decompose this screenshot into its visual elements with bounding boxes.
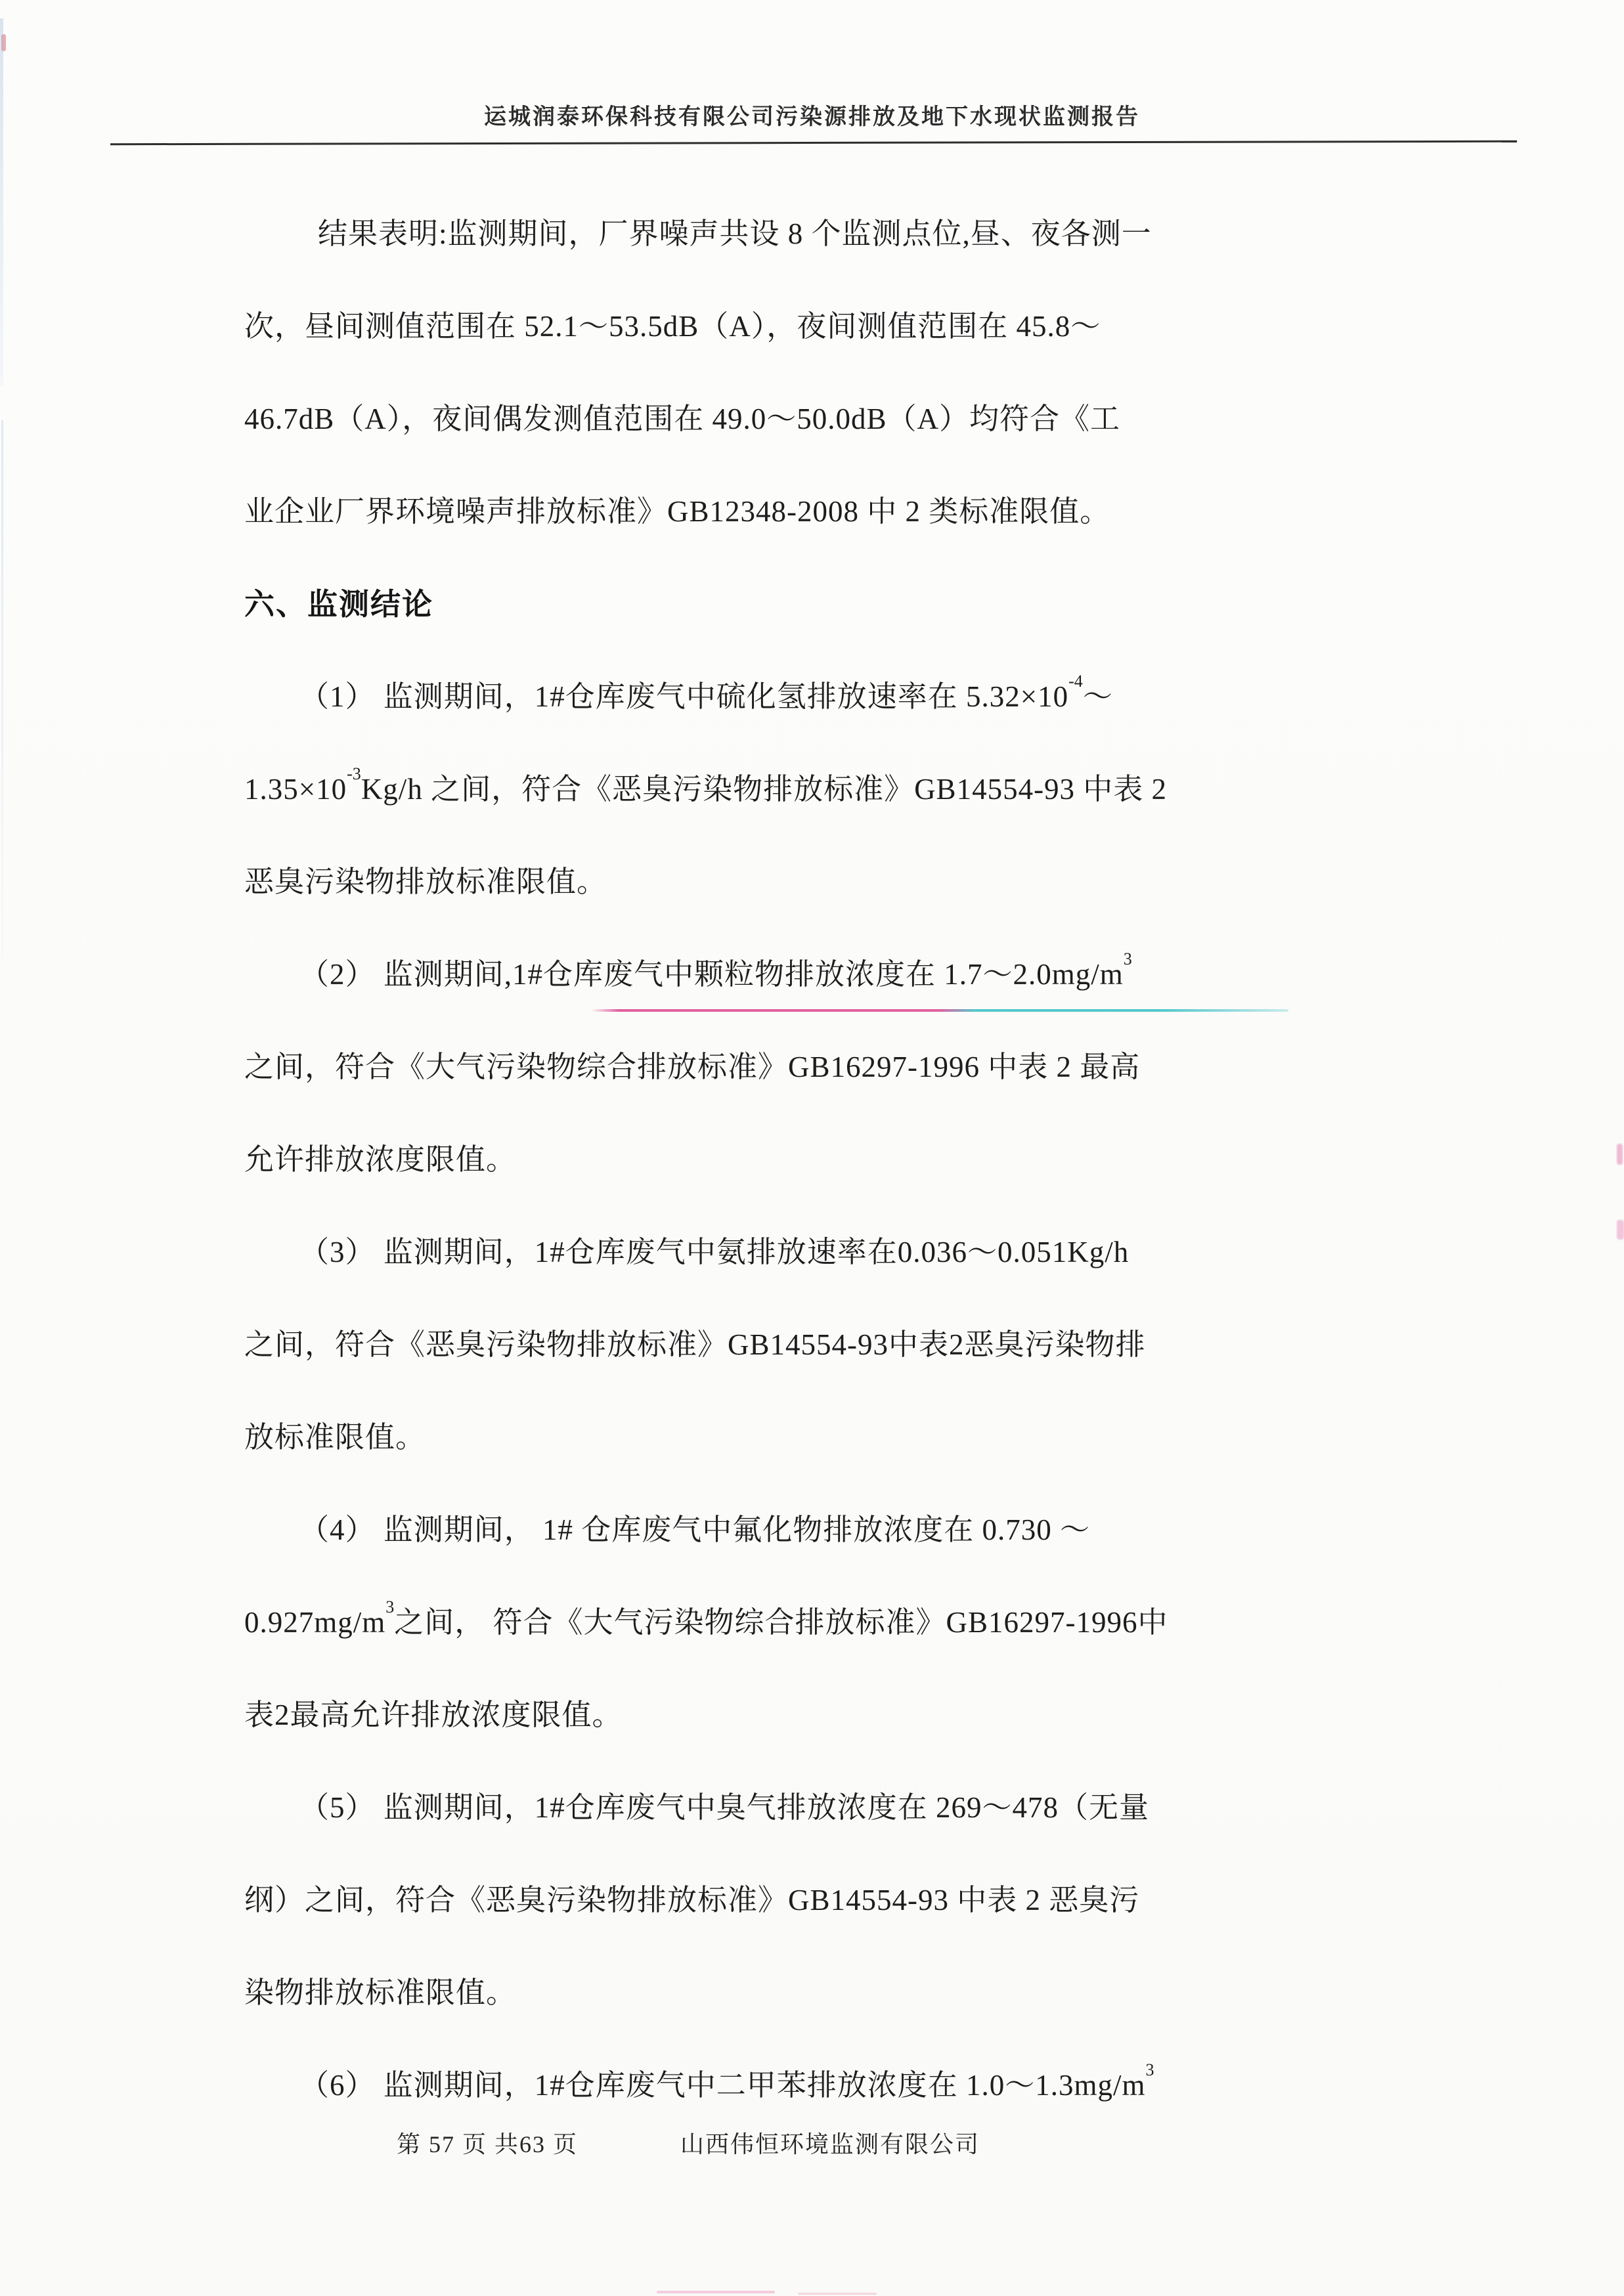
- body-line: 放标准限值。: [244, 1391, 1400, 1484]
- line-text: 表2最高允许排放浓度限值。: [244, 1699, 623, 1731]
- line-text: （5） 监测期间，1#仓库废气中臭气排放浓度在 269～478（无量: [299, 1791, 1149, 1824]
- body-line: 染物排放标准限值。: [244, 1947, 1400, 2039]
- line-text: （1） 监测期间，1#仓库废气中硫化氢排放速率在 5.32×10: [299, 680, 1068, 713]
- line-text: 之间，符合《大气污染物综合排放标准》GB16297-1996 中表 2 最高: [244, 1051, 1140, 1083]
- scan-artifact-right-edge-2: [1617, 1220, 1624, 1240]
- body-line-conclusion-1: （1） 监测期间，1#仓库废气中硫化氢排放速率在 5.32×10-4～: [244, 651, 1400, 743]
- superscript-exponent: -4: [1068, 672, 1083, 691]
- line-text: 46.7dB（A），夜间偶发测值范围在 49.0～50.0dB（A）均符合《工: [244, 402, 1120, 435]
- scan-artifact-bottom-edge: [657, 2291, 775, 2293]
- page-footer: 第 57 页 共63 页 山西伟恒环境监测有限公司: [0, 2126, 1624, 2165]
- header-rule: [110, 141, 1517, 145]
- footer-page-number: 第 57 页 共63 页: [397, 2126, 578, 2159]
- scan-artifact-bottom-edge-2: [798, 2293, 877, 2295]
- body-line: 次，昼间测值范围在 52.1～53.5dB（A），夜间测值范围在 45.8～: [244, 280, 1400, 373]
- line-text: 次，昼间测值范围在 52.1～53.5dB（A），夜间测值范围在 45.8～: [244, 310, 1101, 343]
- scanned-report-page: 运城润泰环保科技有限公司污染源排放及地下水现状监测报告 结果表明:监测期间，厂界…: [0, 0, 1624, 2296]
- superscript-exponent: 3: [1146, 2060, 1154, 2079]
- highlighter-underline-mark: [591, 1009, 1288, 1012]
- line-text: Kg/h 之间，符合《恶臭污染物排放标准》GB14554-93 中表 2: [361, 773, 1167, 806]
- body-line-conclusion-4: （4） 监测期间， 1# 仓库废气中氟化物排放浓度在 0.730 ～: [244, 1484, 1400, 1576]
- scan-artifact-left-edge-2: [1, 420, 3, 959]
- line-text: 0.927mg/m: [244, 1606, 385, 1639]
- body-line-conclusion-3: （3） 监测期间，1#仓库废气中氨排放速率在0.036～0.051Kg/h: [244, 1206, 1400, 1299]
- superscript-exponent: -3: [347, 764, 361, 783]
- line-text: 放标准限值。: [244, 1421, 426, 1454]
- body-line: 46.7dB（A），夜间偶发测值范围在 49.0～50.0dB（A）均符合《工: [244, 373, 1400, 466]
- line-text: （2） 监测期间,1#仓库废气中颗粒物排放浓度在 1.7～2.0mg/m: [299, 958, 1124, 991]
- section-heading: 六、监测结论: [244, 558, 1400, 651]
- line-text: 恶臭污染物排放标准限值。: [244, 865, 607, 898]
- line-text: 结果表明:监测期间，厂界噪声共设 8 个监测点位,昼、夜各测一: [318, 217, 1152, 250]
- body-line-conclusion-2: （2） 监测期间,1#仓库废气中颗粒物排放浓度在 1.7～2.0mg/m3: [244, 928, 1400, 1021]
- body-line: 结果表明:监测期间，厂界噪声共设 8 个监测点位,昼、夜各测一: [244, 188, 1400, 280]
- line-text: （3） 监测期间，1#仓库废气中氨排放速率在0.036～0.051Kg/h: [299, 1236, 1129, 1268]
- body-line: 之间，符合《大气污染物综合排放标准》GB16297-1996 中表 2 最高: [244, 1021, 1400, 1114]
- line-text: 染物排放标准限值。: [244, 1976, 516, 2009]
- body-text-block: 结果表明:监测期间，厂界噪声共设 8 个监测点位,昼、夜各测一 次，昼间测值范围…: [244, 188, 1400, 2132]
- body-line-conclusion-5: （5） 监测期间，1#仓库废气中臭气排放浓度在 269～478（无量: [244, 1762, 1400, 1854]
- superscript-exponent: 3: [385, 1597, 394, 1616]
- report-header-title: 运城润泰环保科技有限公司污染源排放及地下水现状监测报告: [0, 98, 1624, 131]
- body-line-conclusion-6: （6） 监测期间，1#仓库废气中二甲苯排放浓度在 1.0～1.3mg/m3: [244, 2039, 1400, 2132]
- body-line: 表2最高允许排放浓度限值。: [244, 1669, 1400, 1762]
- body-line: 纲）之间，符合《恶臭污染物排放标准》GB14554-93 中表 2 恶臭污: [244, 1854, 1400, 1947]
- superscript-exponent: 3: [1124, 949, 1132, 968]
- body-line: 0.927mg/m3之间， 符合《大气污染物综合排放标准》GB16297-199…: [244, 1576, 1400, 1669]
- body-line: 恶臭污染物排放标准限值。: [244, 836, 1400, 928]
- body-line: 业企业厂界环境噪声排放标准》GB12348-2008 中 2 类标准限值。: [244, 466, 1400, 558]
- body-line: 1.35×10-3Kg/h 之间，符合《恶臭污染物排放标准》GB14554-93…: [244, 743, 1400, 836]
- body-line: 之间，符合《恶臭污染物排放标准》GB14554-93中表2恶臭污染物排: [244, 1299, 1400, 1391]
- line-text: 业企业厂界环境噪声排放标准》GB12348-2008 中 2 类标准限值。: [244, 495, 1110, 528]
- line-text: 之间， 符合《大气污染物综合排放标准》GB16297-1996中: [394, 1606, 1168, 1639]
- line-text: ～: [1083, 680, 1113, 713]
- line-text: （4） 监测期间， 1# 仓库废气中氟化物排放浓度在 0.730 ～: [299, 1513, 1090, 1546]
- line-text: 1.35×10: [244, 773, 347, 806]
- line-text: （6） 监测期间，1#仓库废气中二甲苯排放浓度在 1.0～1.3mg/m: [299, 2069, 1146, 2102]
- footer-company-name: 山西伟恒环境监测有限公司: [680, 2126, 980, 2159]
- scan-artifact-top-left: [1, 34, 6, 51]
- body-line: 允许排放浓度限值。: [244, 1114, 1400, 1206]
- line-text: 纲）之间，符合《恶臭污染物排放标准》GB14554-93 中表 2 恶臭污: [244, 1884, 1139, 1917]
- line-text: 允许排放浓度限值。: [244, 1143, 516, 1176]
- line-text: 之间，符合《恶臭污染物排放标准》GB14554-93中表2恶臭污染物排: [244, 1328, 1146, 1361]
- scan-artifact-right-edge: [1617, 1144, 1623, 1165]
- scan-artifact-left-edge: [0, 18, 3, 386]
